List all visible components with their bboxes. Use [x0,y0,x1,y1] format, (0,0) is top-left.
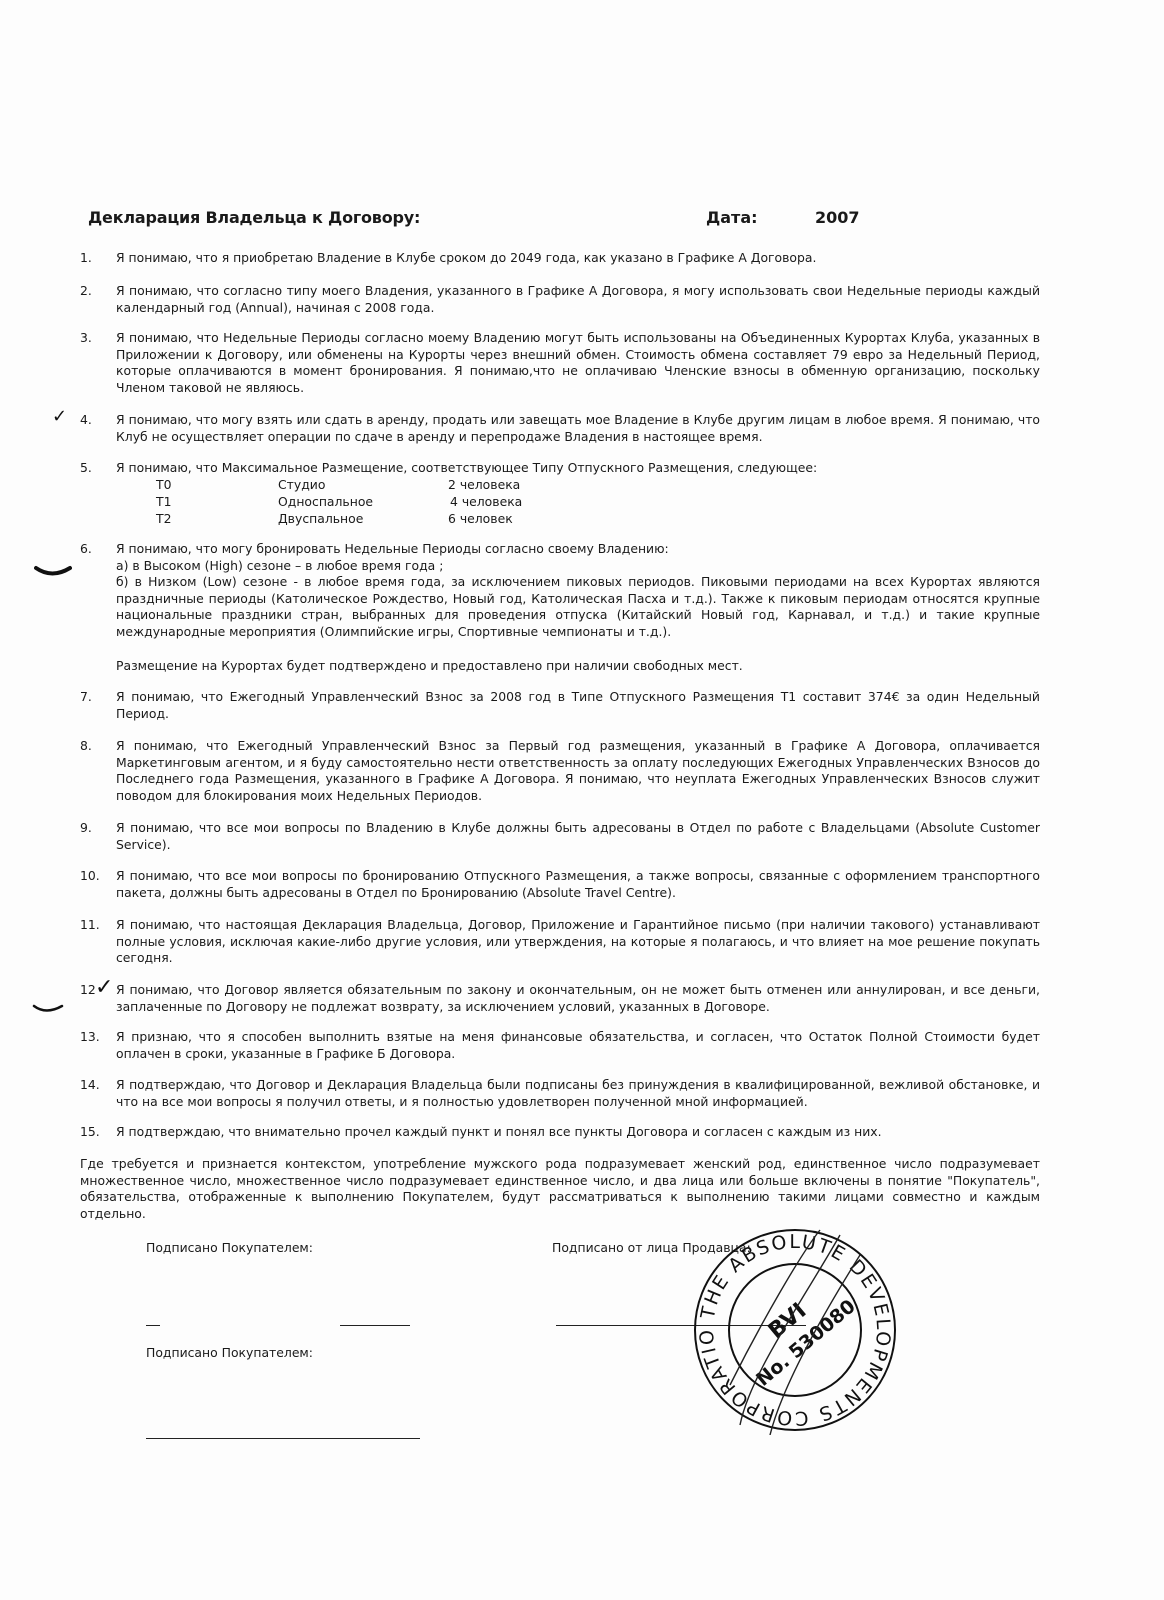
clause-text: Я понимаю, что согласно типу моего Владе… [116,283,1040,316]
buyer-signature-label: Подписано Покупателем: [146,1240,313,1255]
accommodation-row: T2 Двуспальное 6 человек [156,511,576,528]
clause-text: Я понимаю, что Ежегодный Управленческий … [116,689,1040,722]
clause-3: 3. Я понимаю, что Недельные Периоды согл… [80,330,1040,396]
clause-number: 3. [80,330,114,347]
clause-11: 11. Я понимаю, что настоящая Декларация … [80,917,1040,967]
clause-number: 8. [80,738,114,755]
clause-8: 8. Я понимаю, что Ежегодный Управленческ… [80,738,1040,804]
clause-14: 14. Я подтверждаю, что Договор и Деклара… [80,1077,1040,1110]
clause-number: 13. [80,1029,114,1046]
accommodation-row: T1 Односпальное 4 человека [156,494,576,511]
clause-10: 10. Я понимаю, что все мои вопросы по бр… [80,868,1040,901]
clause-number: 14. [80,1077,114,1094]
signature-line[interactable] [340,1325,410,1326]
accommodation-capacity: 2 человека [448,477,520,494]
clause-2: 2. Я понимаю, что согласно типу моего Вл… [80,283,1040,316]
handwritten-mark-icon [34,565,72,581]
clause-number: 10. [80,868,114,885]
closing-paragraph: Где требуется и признается контекстом, у… [80,1156,1040,1222]
clause-text: Я понимаю, что я приобретаю Владение в К… [116,250,1040,267]
clause-text: Я понимаю, что могу взять или сдать в ар… [116,412,1040,445]
document-title: Декларация Владельца к Договору: [88,208,420,227]
clause-number: 9. [80,820,114,837]
clause-number: 4. [80,412,114,429]
accommodation-name: Студио [278,477,325,494]
signature-line[interactable] [146,1325,160,1326]
clause-sub-b: б) в Низком (Low) сезоне - в любое время… [116,574,1040,640]
accommodation-name: Односпальное [278,494,373,511]
accommodation-type: T2 [156,511,171,528]
buyer-2-signature-label: Подписано Покупателем: [146,1345,313,1360]
clause-number: 15. [80,1124,114,1141]
clause-text: Я подтверждаю, что Договор и Декларация … [116,1077,1040,1110]
buyer-2-signature-line[interactable] [146,1438,420,1439]
clause-6-note: Размещение на Курортах будет подтвержден… [116,658,1016,675]
clause-number: 12 [80,982,114,999]
clause-number: 5. [80,460,114,477]
clause-number: 2. [80,283,114,300]
document-page: Декларация Владельца к Договору: Дата: 2… [0,0,1164,1600]
clause-text: Я понимаю, что настоящая Декларация Влад… [116,917,1040,967]
clause-text: Я признаю, что я способен выполнить взят… [116,1029,1040,1062]
clause-7: 7. Я понимаю, что Ежегодный Управленческ… [80,689,1040,722]
accommodation-row: T0 Студио 2 человека [156,477,576,494]
clause-6: 6. Я понимаю, что могу бронировать Недел… [80,541,1040,641]
clause-text: Я подтверждаю, что внимательно прочел ка… [116,1124,1040,1141]
clause-sub-a: а) в Высоком (High) сезоне – в любое вре… [116,558,1040,575]
clause-text: Я понимаю, что могу бронировать Недельны… [116,541,1040,558]
company-stamp-icon: THE ABSOLUTE DEVELOPMENTS CORPORATION BV… [690,1225,900,1435]
clause-4: 4. Я понимаю, что могу взять или сдать в… [80,412,1040,445]
handwritten-mark-icon [32,1003,64,1017]
accommodation-capacity: 4 человека [450,494,522,511]
clause-number: 1. [80,250,114,267]
clause-9: 9. Я понимаю, что все мои вопросы по Вла… [80,820,1040,853]
clause-15: 15. Я подтверждаю, что внимательно проче… [80,1124,1040,1141]
clause-number: 11. [80,917,114,934]
check-mark-icon: ✓ [52,406,67,427]
accommodation-type: T0 [156,477,171,494]
clause-text: Я понимаю, что Договор является обязател… [116,982,1040,1015]
date-value: 2007 [815,208,860,227]
accommodation-capacity: 6 человек [448,511,513,528]
clause-text: Я понимаю, что Максимальное Размещение, … [116,460,1040,477]
clause-5: 5. Я понимаю, что Максимальное Размещени… [80,460,1040,477]
clause-1: 1. Я понимаю, что я приобретаю Владение … [80,250,1040,267]
clause-text: Я понимаю, что все мои вопросы по бронир… [116,868,1040,901]
clause-text: Я понимаю, что Ежегодный Управленческий … [116,738,1040,804]
clause-number: 6. [80,541,114,558]
svg-text:No. 530080: No. 530080 [752,1295,860,1390]
clause-number: 7. [80,689,114,706]
date-label: Дата: [706,208,758,227]
accommodation-type: T1 [156,494,171,511]
clause-text: Я понимаю, что Недельные Периоды согласн… [116,330,1040,396]
accommodation-name: Двуспальное [278,511,363,528]
accommodation-table: T0 Студио 2 человека T1 Односпальное 4 ч… [156,477,576,528]
clause-text: Я понимаю, что все мои вопросы по Владен… [116,820,1040,853]
clause-12: 12 Я понимаю, что Договор является обяза… [80,982,1040,1015]
clause-13: 13. Я признаю, что я способен выполнить … [80,1029,1040,1062]
